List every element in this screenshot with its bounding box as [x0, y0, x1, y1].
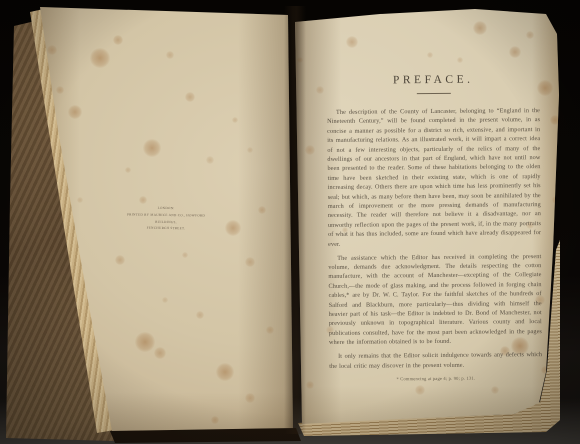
- foxing-spot: [139, 196, 147, 204]
- foxing-spot: [135, 332, 155, 352]
- foxing-spot: [258, 206, 266, 214]
- page-title: PREFACE.: [327, 73, 540, 87]
- foxing-spot: [550, 115, 560, 125]
- foxing-spot: [125, 167, 131, 173]
- foxing-spot: [185, 92, 195, 102]
- foxing-spot: [552, 196, 560, 204]
- foxing-spot: [56, 86, 64, 94]
- title-rule: [416, 93, 450, 94]
- foxing-spot: [266, 326, 274, 334]
- preface-paragraph-1: The description of the County of Lancast…: [327, 106, 541, 249]
- foxing-spot: [143, 139, 161, 157]
- foxing-spot: [245, 393, 255, 403]
- preface-text-block: PREFACE. The description of the County o…: [327, 73, 543, 382]
- foxing-spot: [154, 347, 166, 359]
- foxing-spot: [491, 386, 499, 394]
- foxing-spot: [245, 257, 255, 267]
- foxing-spot: [247, 147, 253, 153]
- foxing-spot: [457, 57, 463, 63]
- printer-imprint: LONDON: PRINTED BY MAURICE AND CO., HOWF…: [126, 204, 206, 232]
- foxing-spot: [526, 31, 534, 39]
- foxing-spot: [182, 252, 188, 258]
- foxing-spot: [316, 86, 324, 94]
- foxing-spot: [115, 255, 125, 265]
- foxing-spot: [162, 297, 168, 303]
- page-footnote: * Commencing at page 4; p. 90; p. 131.: [329, 375, 542, 382]
- foxing-spot: [427, 52, 433, 58]
- foxing-spot: [206, 156, 214, 164]
- foxing-spot: [473, 21, 487, 35]
- foxing-spot: [305, 145, 315, 155]
- foxing-spot: [47, 45, 57, 55]
- preface-paragraph-2: The assistance which the Editor has rece…: [328, 252, 542, 348]
- foxing-spot: [68, 105, 82, 119]
- foxing-spot: [166, 51, 174, 59]
- imprint-line-3: FENCHURCH STREET.: [126, 225, 206, 233]
- open-book-photo: LONDON: PRINTED BY MAURICE AND CO., HOWF…: [0, 0, 580, 444]
- foxing-spot: [346, 36, 358, 48]
- foxing-spot: [232, 117, 238, 123]
- imprint-line-2: PRINTED BY MAURICE AND CO., HOWFORD BUIL…: [126, 211, 206, 226]
- book-gutter: [284, 6, 306, 434]
- foxing-spot: [196, 311, 204, 319]
- foxing-spot: [77, 197, 83, 203]
- foxing-spot: [415, 385, 425, 395]
- foxing-spot: [90, 48, 110, 68]
- foxing-spot: [225, 220, 241, 236]
- foxing-spot: [306, 381, 314, 389]
- foxing-spot: [509, 46, 521, 58]
- foxing-spot: [216, 363, 234, 381]
- preface-paragraph-3: It only remains that the Editor solicit …: [329, 350, 542, 371]
- foxing-spot: [113, 35, 123, 45]
- foxing-spot: [211, 416, 219, 424]
